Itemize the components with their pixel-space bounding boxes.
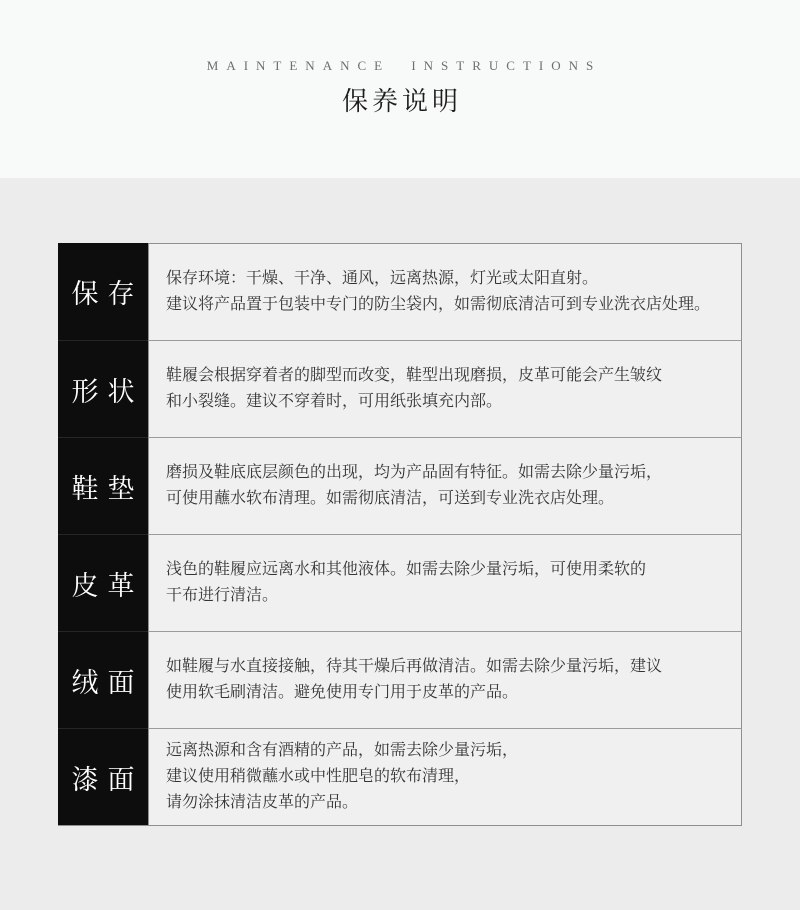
care-label: 鞋垫 [58,437,148,534]
care-text-line: 保存环境：干燥、干净、通风，远离热源，灯光或太阳直射。 [166,266,731,292]
care-text: 如鞋履与水直接接触，待其干燥后再做清洁。如需去除少量污垢，建议 使用软毛刷清洁。… [148,631,742,728]
care-text-line: 建议使用稍微蘸水或中性肥皂的软布清理， [166,764,731,790]
care-text-line: 建议将产品置于包装中专门的防尘袋内，如需彻底清洁可到专业洗衣店处理。 [166,292,731,318]
care-text-line: 如鞋履与水直接接触，待其干燥后再做清洁。如需去除少量污垢，建议 [166,654,731,680]
care-text: 保存环境：干燥、干净、通风，远离热源，灯光或太阳直射。 建议将产品置于包装中专门… [148,243,742,340]
page-title: 保养说明 [0,87,800,117]
care-text-line: 鞋履会根据穿着者的脚型而改变，鞋型出现磨损，皮革可能会产生皱纹 [166,363,731,389]
care-label: 皮革 [58,534,148,631]
care-text-line: 远离热源和含有酒精的产品，如需去除少量污垢， [166,738,731,764]
subtitle-en: MAINTENANCE INSTRUCTIONS [0,58,800,74]
care-text: 远离热源和含有酒精的产品，如需去除少量污垢， 建议使用稍微蘸水或中性肥皂的软布清… [148,728,742,825]
care-table: 保存 保存环境：干燥、干净、通风，远离热源，灯光或太阳直射。 建议将产品置于包装… [58,243,742,826]
table-row-leather: 皮革 浅色的鞋履应远离水和其他液体。如需去除少量污垢，可使用柔软的 干布进行清洁… [58,534,742,631]
care-text: 浅色的鞋履应远离水和其他液体。如需去除少量污垢，可使用柔软的 干布进行清洁。 [148,534,742,631]
table-row-shape: 形状 鞋履会根据穿着者的脚型而改变，鞋型出现磨损，皮革可能会产生皱纹 和小裂缝。… [58,340,742,437]
care-text-line: 请勿涂抹清洁皮革的产品。 [166,790,731,816]
table-row-patent: 漆面 远离热源和含有酒精的产品，如需去除少量污垢， 建议使用稍微蘸水或中性肥皂的… [58,728,742,825]
care-label: 形状 [58,340,148,437]
care-label: 漆面 [58,728,148,825]
care-text-line: 可使用蘸水软布清理。如需彻底清洁，可送到专业洗衣店处理。 [166,486,731,512]
care-label: 保存 [58,243,148,340]
table-row-suede: 绒面 如鞋履与水直接接触，待其干燥后再做清洁。如需去除少量污垢，建议 使用软毛刷… [58,631,742,728]
care-text: 磨损及鞋底底层颜色的出现，均为产品固有特征。如需去除少量污垢， 可使用蘸水软布清… [148,437,742,534]
care-text-line: 磨损及鞋底底层颜色的出现，均为产品固有特征。如需去除少量污垢， [166,460,731,486]
care-text-line: 干布进行清洁。 [166,583,731,609]
table-row-insole: 鞋垫 磨损及鞋底底层颜色的出现，均为产品固有特征。如需去除少量污垢， 可使用蘸水… [58,437,742,534]
care-text-line: 使用软毛刷清洁。避免使用专门用于皮革的产品。 [166,680,731,706]
care-label: 绒面 [58,631,148,728]
care-text-line: 和小裂缝。建议不穿着时，可用纸张填充内部。 [166,389,731,415]
page-header: MAINTENANCE INSTRUCTIONS 保养说明 [0,0,800,178]
table-row-storage: 保存 保存环境：干燥、干净、通风，远离热源，灯光或太阳直射。 建议将产品置于包装… [58,243,742,340]
care-text-line: 浅色的鞋履应远离水和其他液体。如需去除少量污垢，可使用柔软的 [166,557,731,583]
content-band: 保存 保存环境：干燥、干净、通风，远离热源，灯光或太阳直射。 建议将产品置于包装… [0,178,800,910]
care-text: 鞋履会根据穿着者的脚型而改变，鞋型出现磨损，皮革可能会产生皱纹 和小裂缝。建议不… [148,340,742,437]
page: MAINTENANCE INSTRUCTIONS 保养说明 保存 保存环境：干燥… [0,0,800,910]
